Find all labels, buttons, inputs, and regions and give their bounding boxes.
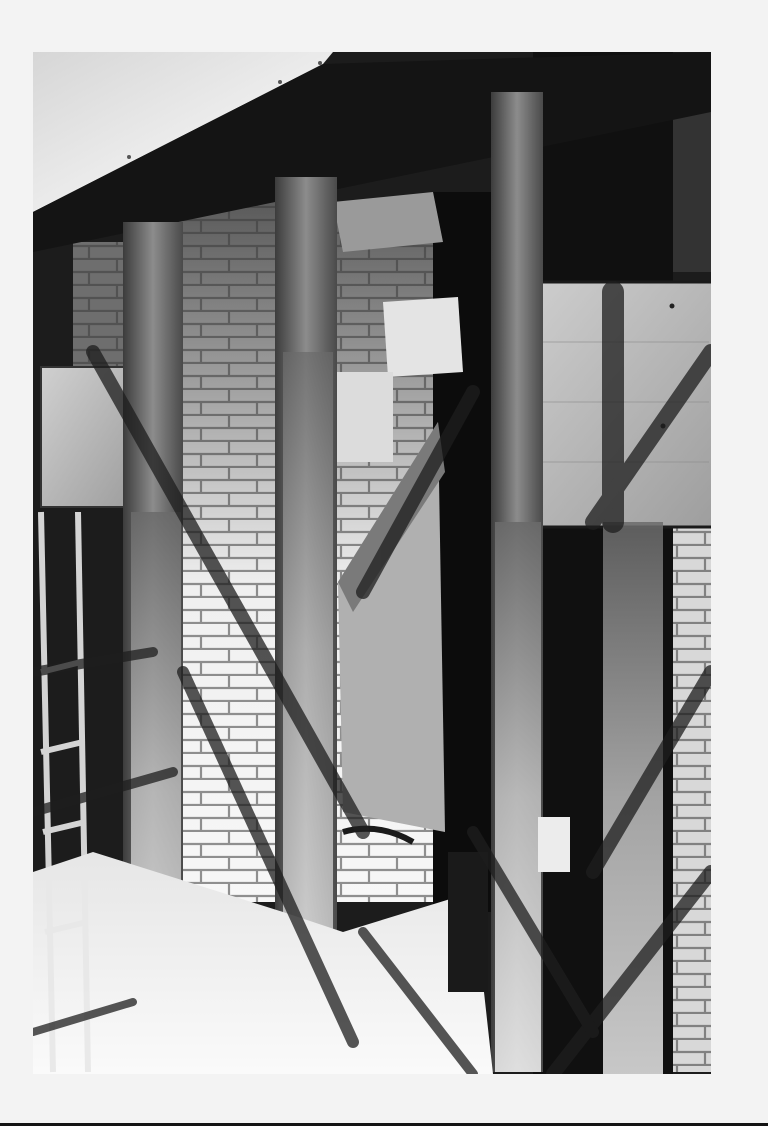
photograph [33, 52, 711, 1074]
timber-post-center [275, 177, 337, 957]
photo-scene [33, 52, 711, 1074]
